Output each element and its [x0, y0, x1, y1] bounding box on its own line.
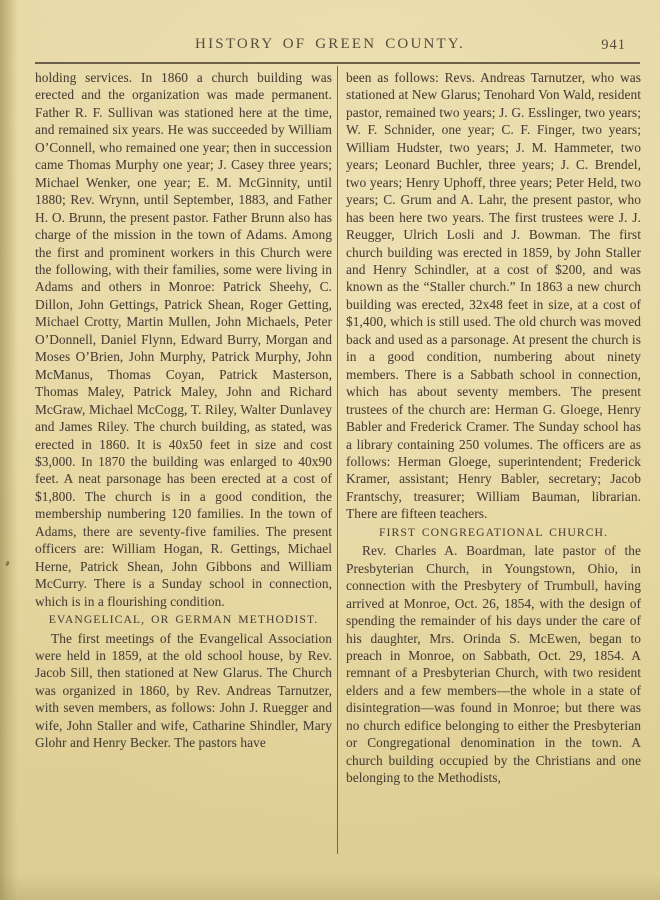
- page-number: 941: [601, 37, 626, 54]
- page-edge-shadow-bottom: [0, 874, 660, 900]
- column-divider-rule: [337, 66, 338, 854]
- running-head-title: HISTORY OF GREEN COUNTY.: [0, 36, 660, 53]
- left-column: holding services. In 1860 a church build…: [35, 69, 332, 752]
- left-column-paragraph-2: The first meetings of the Evangelical As…: [35, 630, 332, 752]
- right-column: been as follows: Revs. Andreas Tarnutzer…: [346, 69, 641, 787]
- page-blemish-speck: [5, 561, 10, 567]
- right-column-paragraph-2: Rev. Charles A. Boardman, late pastor of…: [346, 542, 641, 786]
- right-column-paragraph-1: been as follows: Revs. Andreas Tarnutzer…: [346, 69, 641, 523]
- right-column-section-heading: FIRST CONGREGATIONAL CHURCH.: [346, 524, 641, 541]
- page-edge-shadow-left: [0, 0, 18, 900]
- header-rule: [35, 62, 640, 64]
- left-column-paragraph-1: holding services. In 1860 a church build…: [35, 69, 332, 610]
- book-page: HISTORY OF GREEN COUNTY. 941 holding ser…: [0, 0, 660, 900]
- left-column-section-heading: EVANGELICAL, OR GERMAN METHODIST.: [35, 611, 332, 628]
